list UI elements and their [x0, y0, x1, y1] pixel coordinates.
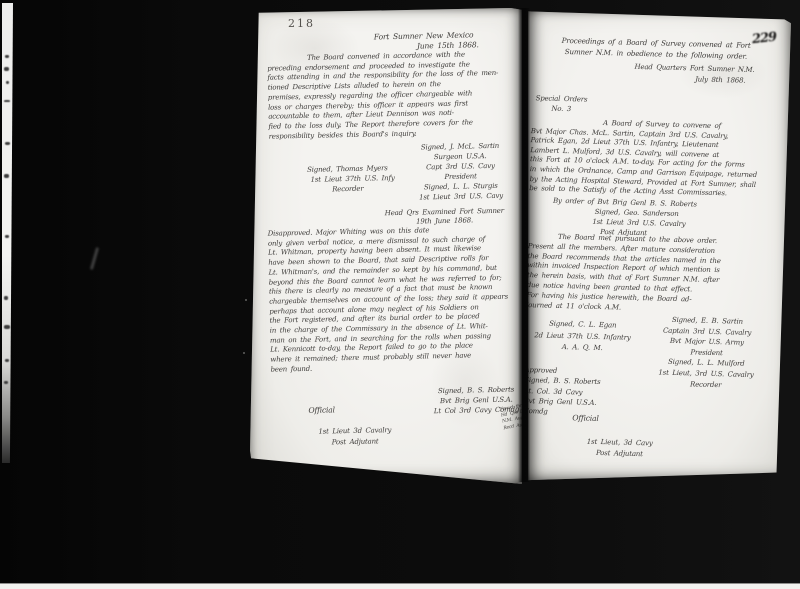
handwritten-line: No. 3	[551, 104, 587, 115]
board-met-paragraph: The Board met pursuant to the above orde…	[526, 232, 768, 317]
special-orders-label: Special OrdersNo. 3	[535, 93, 587, 114]
film-edge-speck	[5, 359, 9, 362]
film-speck	[245, 299, 247, 301]
signature-block-president: Signed, J. McL. SartinSurgeon U.S.A.Capt…	[399, 140, 522, 203]
handwritten-line: 1st Lieut 3rd U.S. Cavy	[400, 190, 522, 203]
film-edge-speck	[6, 81, 9, 84]
signature-block-recorder: Signed, Thomas Myers1st Lieut 37th U.S. …	[279, 163, 416, 196]
film-edge-speck	[4, 381, 8, 384]
film-edge-speck	[4, 67, 9, 71]
film-speck	[243, 352, 245, 354]
handwritten-line: July 8th 1868.	[670, 74, 770, 88]
book-gutter-shadow	[518, 8, 530, 482]
order-paragraph: A Board of Survey to convene ofBvt Major…	[529, 117, 771, 200]
film-edge-speck	[4, 100, 10, 102]
handwritten-line: Post Adjutant	[295, 436, 415, 450]
dateline-headquarters: Head Quarters Fort Sumner N.M.July 8th 1…	[618, 61, 771, 87]
official-signature: 1st Lieut 3d CavalryPost Adjutant	[295, 425, 415, 450]
official-label: Official	[308, 405, 335, 415]
proceedings-heading: Proceedings of a Board of Survey convene…	[537, 35, 775, 62]
film-edge-speck	[4, 325, 10, 329]
disapproved-paragraph: Disapproved. Major Whiting was on this d…	[268, 224, 524, 375]
film-edge-speck	[5, 235, 9, 238]
handwritten-line: Special Orders	[536, 93, 588, 104]
film-edge-speck	[4, 174, 9, 178]
left-page: 218 Fort Sumner New MexicoJune 15th 1868…	[250, 8, 522, 484]
signature-block-aaqm: Signed, C. L. Egan2d Lieut 37th U.S. Inf…	[523, 318, 642, 356]
approved-block: ApprovedSigned, B. S. RobertsLt. Col. 3d…	[523, 365, 636, 419]
signature-block-president: Signed, E. B. SartinCaptain 3rd U.S. Cav…	[638, 314, 775, 392]
handwritten-line: Post Adjutant	[554, 447, 684, 461]
film-edge-speck	[5, 55, 9, 58]
microfilm-frame: 218 Fort Sumner New MexicoJune 15th 1868…	[0, 0, 800, 589]
right-page: 229 Proceedings of a Board of Survey con…	[528, 9, 791, 482]
film-edge-strip	[2, 3, 13, 463]
film-edge-speck	[4, 296, 8, 300]
film-scratch	[90, 247, 99, 270]
board-paragraph-1: The Board convened in accordance with th…	[267, 49, 519, 142]
film-bottom-strip	[0, 583, 800, 589]
official-label: Official	[572, 413, 599, 423]
official-signature: 1st Lieut, 3d CavyPost Adjutant	[554, 436, 685, 461]
handwritten-line: Recorder	[280, 183, 416, 196]
film-edge-speck	[5, 142, 10, 145]
